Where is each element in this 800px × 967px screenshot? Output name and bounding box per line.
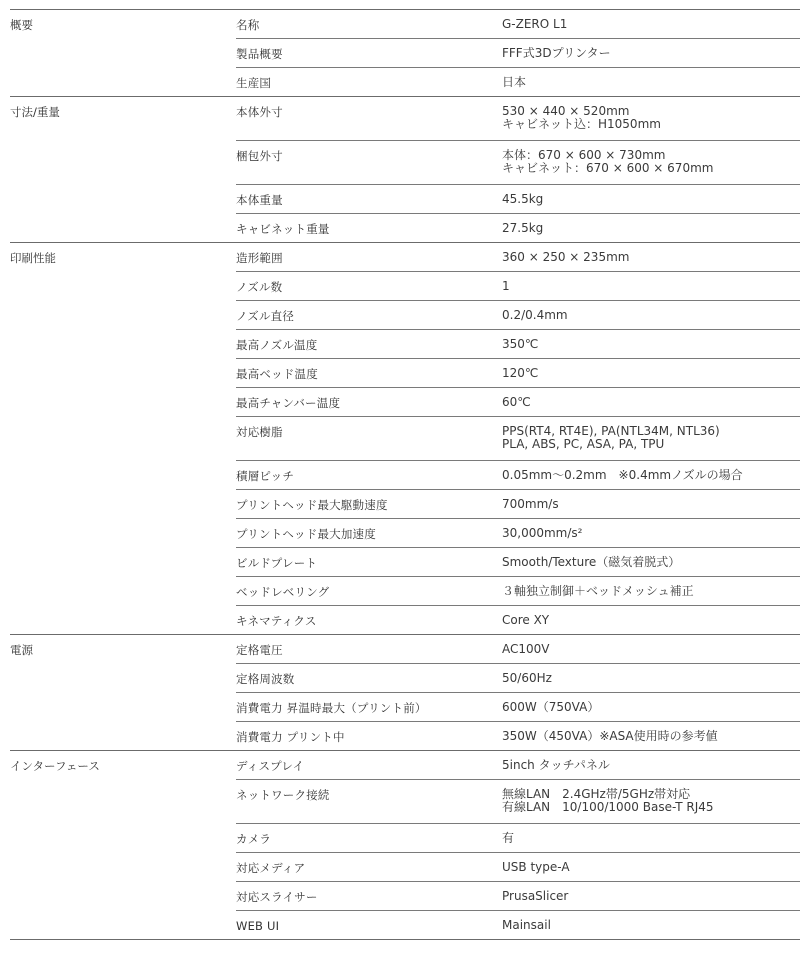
spec-row: ベッドレベリング３軸独立制御＋ベッドメッシュ補正 [236, 577, 800, 606]
spec-key: 梱包外寸 [236, 141, 502, 184]
spec-group: 概要名称G-ZERO L1製品概要FFF式3Dプリンター生産国日本 [10, 10, 800, 97]
spec-key: ノズル直径 [236, 301, 502, 329]
spec-value: 27.5kg [502, 214, 800, 242]
spec-value: 350W（450VA）※ASA使用時の参考値 [502, 722, 800, 750]
spec-key: 対応メディア [236, 853, 502, 881]
spec-value: Mainsail [502, 911, 800, 939]
group-rows: 名称G-ZERO L1製品概要FFF式3Dプリンター生産国日本 [236, 10, 800, 96]
spec-row: 最高チャンバー温度60℃ [236, 388, 800, 417]
spec-key: 対応樹脂 [236, 417, 502, 460]
spec-row: プリントヘッド最大加速度30,000mm/s² [236, 519, 800, 548]
spec-value: 1 [502, 272, 800, 300]
spec-group: 印刷性能造形範囲360 × 250 × 235mmノズル数1ノズル直径0.2/0… [10, 243, 800, 635]
spec-key: 生産国 [236, 68, 502, 96]
spec-row: 対応メディアUSB type-A [236, 853, 800, 882]
spec-value: 530 × 440 × 520mm キャビネット込：H1050mm [502, 97, 800, 140]
spec-value: 60℃ [502, 388, 800, 416]
group-label: 電源 [10, 635, 236, 750]
group-rows: ディスプレイ5inch タッチパネルネットワーク接続無線LAN 2.4GHz帯/… [236, 751, 800, 939]
spec-row: 定格電圧AC100V [236, 635, 800, 664]
spec-value: USB type-A [502, 853, 800, 881]
spec-key: キネマティクス [236, 606, 502, 634]
spec-key: ディスプレイ [236, 751, 502, 779]
spec-key: ネットワーク接続 [236, 780, 502, 823]
group-rows: 定格電圧AC100V定格周波数50/60Hz消費電力 昇温時最大（プリント前）6… [236, 635, 800, 750]
spec-key: 製品概要 [236, 39, 502, 67]
spec-row: プリントヘッド最大駆動速度700mm/s [236, 490, 800, 519]
spec-value: 5inch タッチパネル [502, 751, 800, 779]
group-label: 印刷性能 [10, 243, 236, 634]
spec-key: プリントヘッド最大加速度 [236, 519, 502, 547]
spec-value: 50/60Hz [502, 664, 800, 692]
spec-value: 0.05mm〜0.2mm ※0.4mmノズルの場合 [502, 461, 800, 489]
group-label: インターフェース [10, 751, 236, 939]
group-rows: 本体外寸530 × 440 × 520mm キャビネット込：H1050mm梱包外… [236, 97, 800, 242]
spec-key: プリントヘッド最大駆動速度 [236, 490, 502, 518]
spec-value: 30,000mm/s² [502, 519, 800, 547]
spec-key: 対応スライサー [236, 882, 502, 910]
spec-key: 定格電圧 [236, 635, 502, 663]
spec-row: 対応スライサーPrusaSlicer [236, 882, 800, 911]
spec-value: PPS(RT4, RT4E), PA(NTL34M, NTL36) PLA, A… [502, 417, 800, 460]
spec-row: 梱包外寸本体：670 × 600 × 730mm キャビネット：670 × 60… [236, 141, 800, 185]
spec-row: 消費電力 昇温時最大（プリント前）600W（750VA） [236, 693, 800, 722]
spec-row: カメラ有 [236, 824, 800, 853]
spec-value: FFF式3Dプリンター [502, 39, 800, 67]
group-rows: 造形範囲360 × 250 × 235mmノズル数1ノズル直径0.2/0.4mm… [236, 243, 800, 634]
spec-value: 120℃ [502, 359, 800, 387]
spec-row: ノズル数1 [236, 272, 800, 301]
spec-row: 対応樹脂PPS(RT4, RT4E), PA(NTL34M, NTL36) PL… [236, 417, 800, 461]
spec-value: AC100V [502, 635, 800, 663]
spec-value: 日本 [502, 68, 800, 96]
spec-value: 600W（750VA） [502, 693, 800, 721]
spec-key: ノズル数 [236, 272, 502, 300]
spec-key: 消費電力 昇温時最大（プリント前） [236, 693, 502, 721]
spec-value: 350℃ [502, 330, 800, 358]
spec-table: 概要名称G-ZERO L1製品概要FFF式3Dプリンター生産国日本寸法/重量本体… [10, 9, 800, 940]
spec-row: キネマティクスCore XY [236, 606, 800, 634]
spec-key: カメラ [236, 824, 502, 852]
spec-row: 定格周波数50/60Hz [236, 664, 800, 693]
spec-value: Smooth/Texture（磁気着脱式） [502, 548, 800, 576]
spec-row: 最高ノズル温度350℃ [236, 330, 800, 359]
spec-row: 名称G-ZERO L1 [236, 10, 800, 39]
spec-value: 0.2/0.4mm [502, 301, 800, 329]
group-label: 概要 [10, 10, 236, 96]
spec-key: ビルドプレート [236, 548, 502, 576]
spec-value: ３軸独立制御＋ベッドメッシュ補正 [502, 577, 800, 605]
spec-value: PrusaSlicer [502, 882, 800, 910]
spec-row: WEB UIMainsail [236, 911, 800, 939]
spec-key: WEB UI [236, 911, 502, 939]
spec-value: 700mm/s [502, 490, 800, 518]
spec-row: 最高ベッド温度120℃ [236, 359, 800, 388]
spec-group: 電源定格電圧AC100V定格周波数50/60Hz消費電力 昇温時最大（プリント前… [10, 635, 800, 751]
spec-key: 消費電力 プリント中 [236, 722, 502, 750]
spec-value: 360 × 250 × 235mm [502, 243, 800, 271]
spec-key: ベッドレベリング [236, 577, 502, 605]
spec-row: ディスプレイ5inch タッチパネル [236, 751, 800, 780]
spec-value: 無線LAN 2.4GHz帯/5GHz帯対応 有線LAN 10/100/1000 … [502, 780, 800, 823]
spec-key: 積層ピッチ [236, 461, 502, 489]
spec-row: 本体重量45.5kg [236, 185, 800, 214]
spec-row: ノズル直径0.2/0.4mm [236, 301, 800, 330]
spec-group: 寸法/重量本体外寸530 × 440 × 520mm キャビネット込：H1050… [10, 97, 800, 243]
spec-key: 名称 [236, 10, 502, 38]
spec-value: 本体：670 × 600 × 730mm キャビネット：670 × 600 × … [502, 141, 800, 184]
spec-key: 最高チャンバー温度 [236, 388, 502, 416]
spec-value: 有 [502, 824, 800, 852]
spec-row: 本体外寸530 × 440 × 520mm キャビネット込：H1050mm [236, 97, 800, 141]
spec-row: キャビネット重量27.5kg [236, 214, 800, 242]
spec-group: インターフェースディスプレイ5inch タッチパネルネットワーク接続無線LAN … [10, 751, 800, 940]
spec-value: Core XY [502, 606, 800, 634]
spec-row: 積層ピッチ0.05mm〜0.2mm ※0.4mmノズルの場合 [236, 461, 800, 490]
spec-row: 製品概要FFF式3Dプリンター [236, 39, 800, 68]
spec-key: 定格周波数 [236, 664, 502, 692]
spec-value: 45.5kg [502, 185, 800, 213]
spec-row: ネットワーク接続無線LAN 2.4GHz帯/5GHz帯対応 有線LAN 10/1… [236, 780, 800, 824]
spec-key: 本体外寸 [236, 97, 502, 140]
spec-key: キャビネット重量 [236, 214, 502, 242]
spec-key: 最高ノズル温度 [236, 330, 502, 358]
group-label: 寸法/重量 [10, 97, 236, 242]
spec-row: ビルドプレートSmooth/Texture（磁気着脱式） [236, 548, 800, 577]
spec-row: 消費電力 プリント中350W（450VA）※ASA使用時の参考値 [236, 722, 800, 750]
spec-key: 造形範囲 [236, 243, 502, 271]
spec-row: 生産国日本 [236, 68, 800, 96]
spec-key: 本体重量 [236, 185, 502, 213]
spec-row: 造形範囲360 × 250 × 235mm [236, 243, 800, 272]
spec-key: 最高ベッド温度 [236, 359, 502, 387]
spec-value: G-ZERO L1 [502, 10, 800, 38]
